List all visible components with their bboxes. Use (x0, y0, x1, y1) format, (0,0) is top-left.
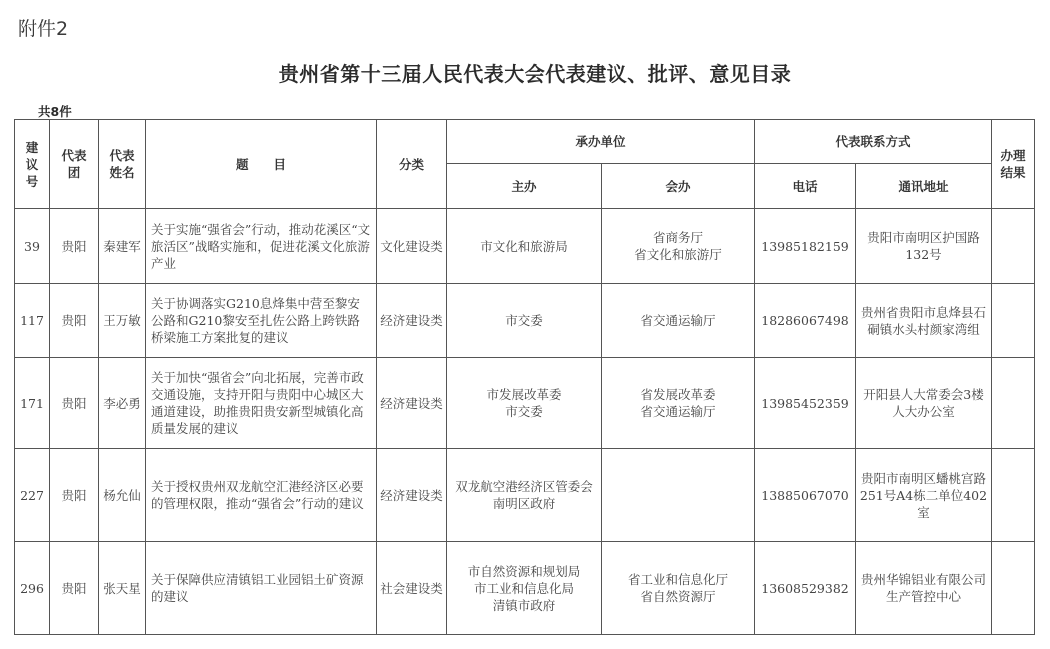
cell-assist (602, 449, 755, 542)
header-address: 通讯地址 (856, 164, 992, 209)
cell-number: 296 (15, 542, 50, 635)
header-handling-units: 承办单位 (447, 120, 755, 164)
proposal-table: 建 议 号 代表 团 代表 姓名 题 目 分类 承办单位 代表联系方式 办理 结… (14, 119, 1035, 635)
cell-lead: 市文化和旅游局 (447, 209, 602, 284)
header-assist: 会办 (602, 164, 755, 209)
cell-address: 贵州华锦铝业有限公司生产管控中心 (856, 542, 992, 635)
cell-result (992, 449, 1035, 542)
cell-delegation: 贵阳 (50, 284, 99, 358)
cell-phone: 13985452359 (755, 358, 856, 449)
cell-subject: 关于授权贵州双龙航空汇港经济区必要的管理权限，推动“强省会”行动的建议 (146, 449, 377, 542)
header-number: 建 议 号 (15, 120, 50, 209)
cell-subject: 关于协调落实G210息烽集中营至黎安公路和G210黎安至扎佐公路上跨铁路桥梁施工… (146, 284, 377, 358)
attachment-label: 附件2 (18, 14, 68, 41)
cell-assist: 省工业和信息化厅 省自然资源厅 (602, 542, 755, 635)
document-title: 贵州省第十三届人民代表大会代表建议、批评、意见目录 (0, 58, 1050, 87)
cell-lead: 双龙航空港经济区管委会 南明区政府 (447, 449, 602, 542)
cell-address: 贵州省贵阳市息烽县石硐镇水头村颜家湾组 (856, 284, 992, 358)
cell-lead: 市自然资源和规划局 市工业和信息化局 清镇市政府 (447, 542, 602, 635)
header-subject: 题 目 (146, 120, 377, 209)
table-row: 227 贵阳 杨允仙 关于授权贵州双龙航空汇港经济区必要的管理权限，推动“强省会… (15, 449, 1035, 542)
cell-category: 文化建设类 (377, 209, 447, 284)
cell-delegation: 贵阳 (50, 358, 99, 449)
header-result: 办理 结果 (992, 120, 1035, 209)
cell-subject: 关于实施“强省会”行动，推动花溪区“文旅活区”战略实施和，促进花溪文化旅游产业 (146, 209, 377, 284)
cell-subject: 关于保障供应清镇铝工业园铝土矿资源的建议 (146, 542, 377, 635)
cell-number: 39 (15, 209, 50, 284)
cell-assist: 省发展改革委 省交通运输厅 (602, 358, 755, 449)
header-phone: 电话 (755, 164, 856, 209)
cell-phone: 13985182159 (755, 209, 856, 284)
cell-category: 经济建设类 (377, 358, 447, 449)
cell-name: 秦建军 (99, 209, 146, 284)
cell-name: 李必勇 (99, 358, 146, 449)
header-name: 代表 姓名 (99, 120, 146, 209)
cell-phone: 13885067070 (755, 449, 856, 542)
cell-number: 171 (15, 358, 50, 449)
cell-address: 贵阳市南明区蟠桃宫路251号A4栋二单位402室 (856, 449, 992, 542)
table-row: 39 贵阳 秦建军 关于实施“强省会”行动，推动花溪区“文旅活区”战略实施和，促… (15, 209, 1035, 284)
table-row: 296 贵阳 张天星 关于保障供应清镇铝工业园铝土矿资源的建议 社会建设类 市自… (15, 542, 1035, 635)
cell-name: 王万敏 (99, 284, 146, 358)
cell-lead: 市发展改革委 市交委 (447, 358, 602, 449)
header-contact: 代表联系方式 (755, 120, 992, 164)
cell-assist: 省商务厅 省文化和旅游厅 (602, 209, 755, 284)
cell-lead: 市交委 (447, 284, 602, 358)
cell-delegation: 贵阳 (50, 542, 99, 635)
header-delegation: 代表 团 (50, 120, 99, 209)
cell-name: 张天星 (99, 542, 146, 635)
cell-phone: 13608529382 (755, 542, 856, 635)
cell-subject: 关于加快“强省会”向北拓展，完善市政交通设施，支持开阳与贵阳中心城区大通道建设，… (146, 358, 377, 449)
header-category: 分类 (377, 120, 447, 209)
cell-result (992, 284, 1035, 358)
cell-address: 贵阳市南明区护国路132号 (856, 209, 992, 284)
cell-result (992, 358, 1035, 449)
cell-category: 经济建设类 (377, 284, 447, 358)
cell-category: 经济建设类 (377, 449, 447, 542)
cell-name: 杨允仙 (99, 449, 146, 542)
table-row: 171 贵阳 李必勇 关于加快“强省会”向北拓展，完善市政交通设施，支持开阳与贵… (15, 358, 1035, 449)
table-row: 117 贵阳 王万敏 关于协调落实G210息烽集中营至黎安公路和G210黎安至扎… (15, 284, 1035, 358)
cell-result (992, 542, 1035, 635)
item-count: 共8件 (38, 102, 72, 120)
header-lead: 主办 (447, 164, 602, 209)
cell-result (992, 209, 1035, 284)
cell-number: 227 (15, 449, 50, 542)
cell-address: 开阳县人大常委会3楼人大办公室 (856, 358, 992, 449)
cell-category: 社会建设类 (377, 542, 447, 635)
cell-assist: 省交通运输厅 (602, 284, 755, 358)
cell-delegation: 贵阳 (50, 449, 99, 542)
cell-delegation: 贵阳 (50, 209, 99, 284)
cell-number: 117 (15, 284, 50, 358)
cell-phone: 18286067498 (755, 284, 856, 358)
